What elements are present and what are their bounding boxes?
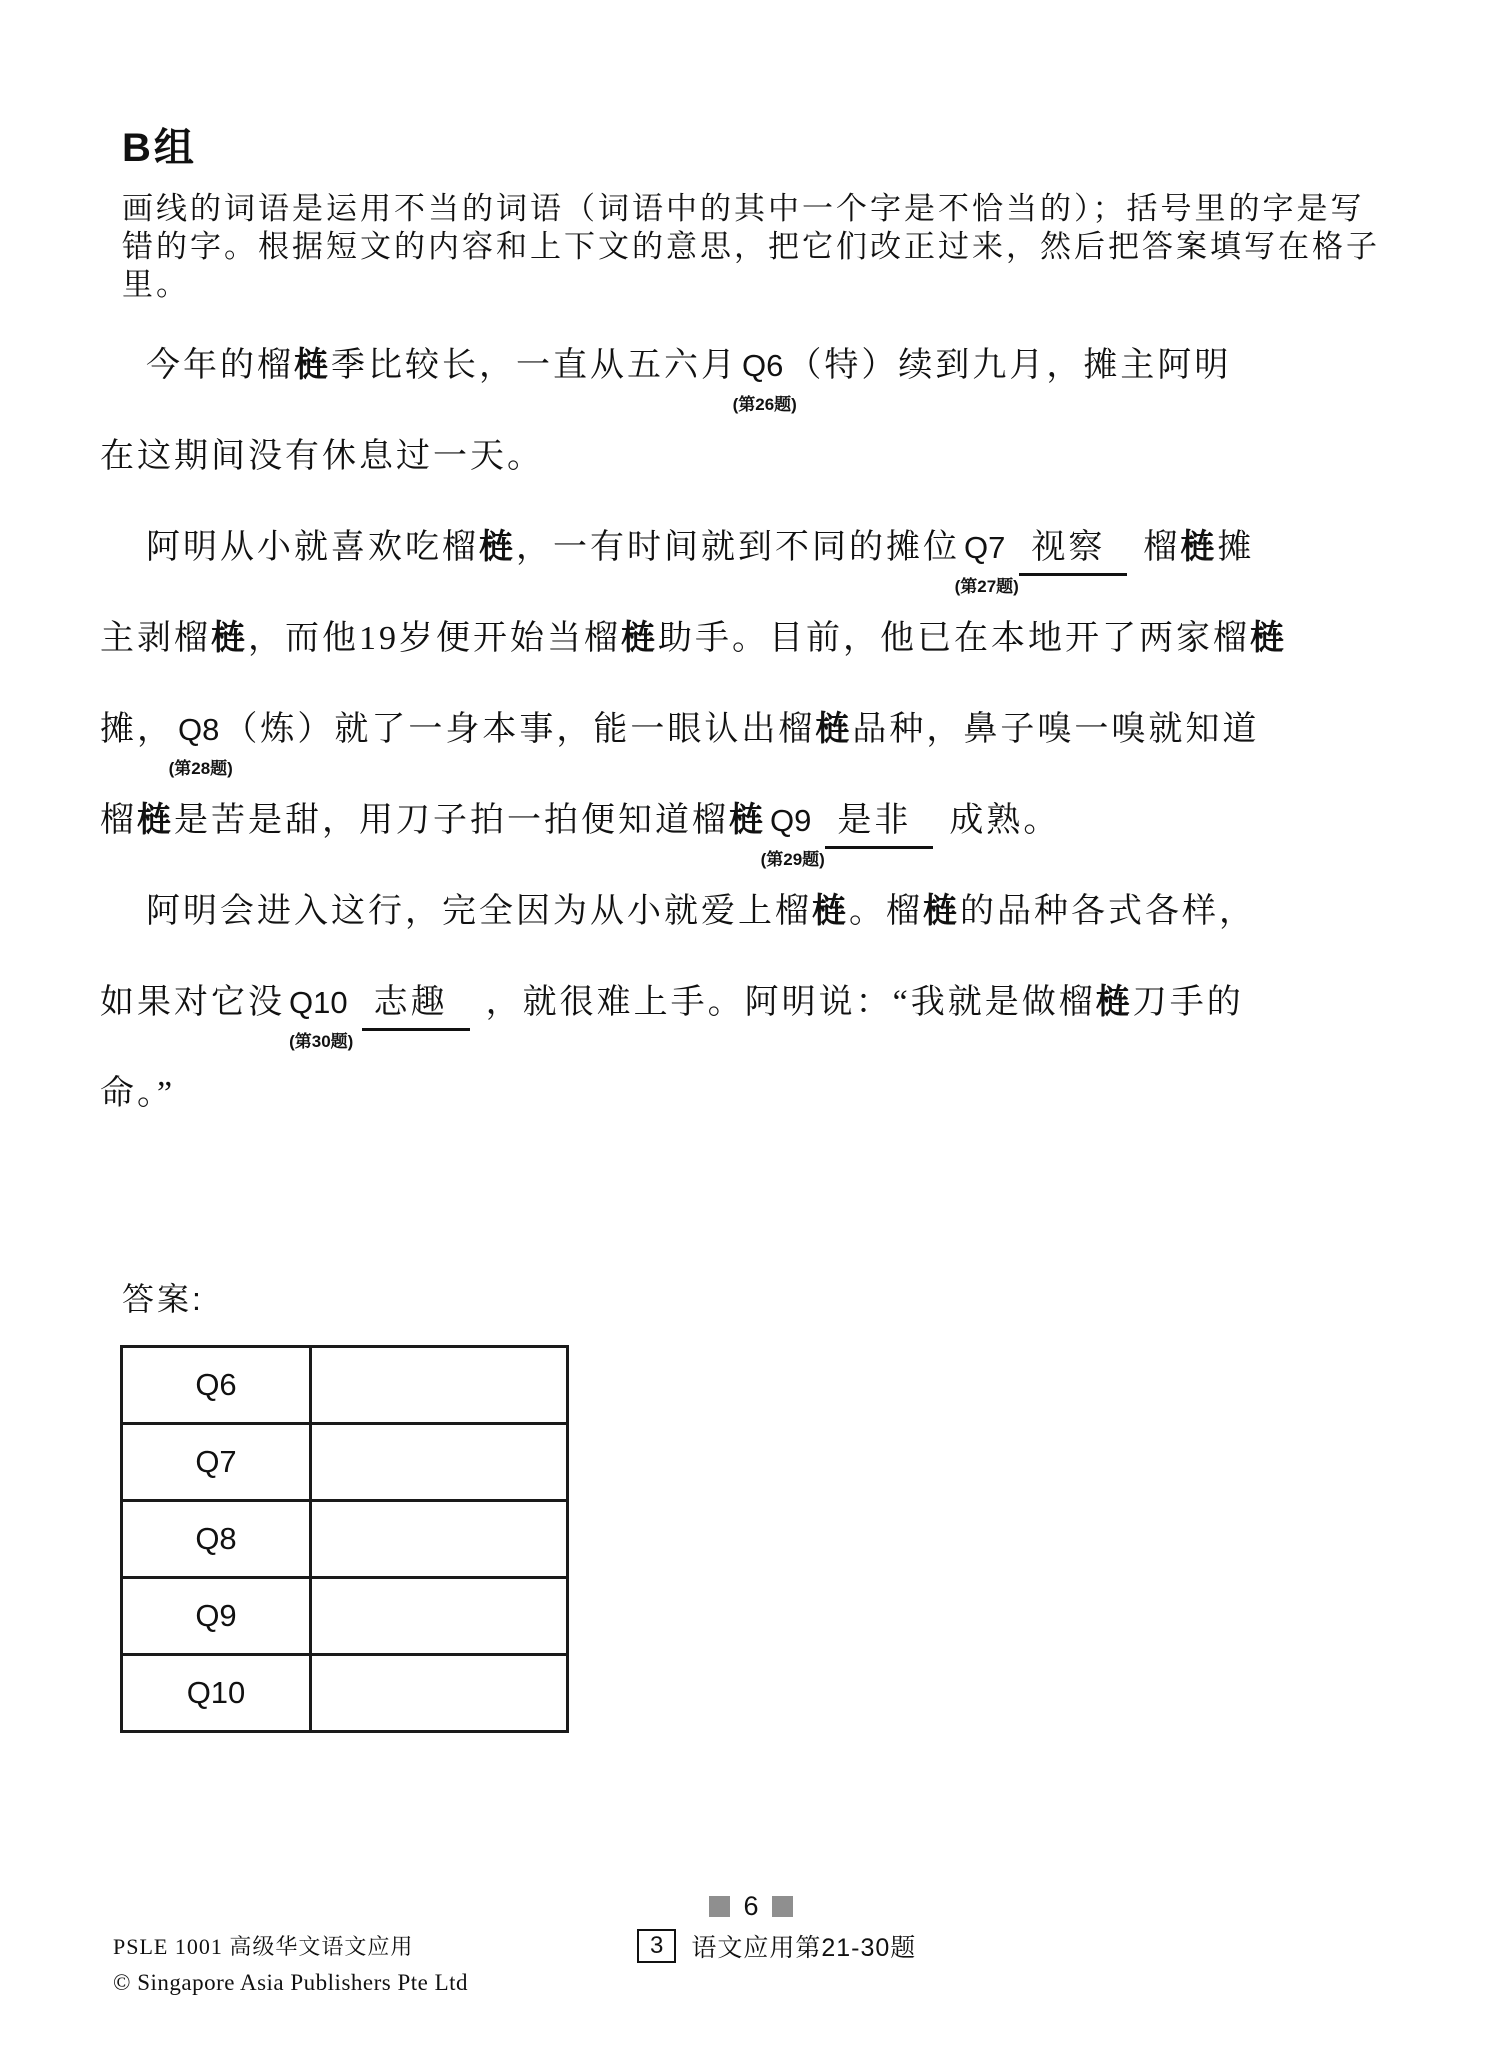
passage-text: ，而他19岁便开始当榴 bbox=[248, 620, 621, 657]
question-marker: Q8(第28题) bbox=[178, 712, 219, 748]
series-title: PSLE 1001 高级华文语文应用 bbox=[113, 1930, 468, 1961]
question-number-note: (第26题) bbox=[733, 390, 797, 415]
answer-blank-cell bbox=[311, 1655, 568, 1732]
answer-row: Q8 bbox=[122, 1501, 568, 1578]
passage-text: 榴 bbox=[100, 802, 137, 839]
instructions: 画线的词语是运用不当的词语（词语中的其中一个字是不恰当的）；括号里的字是写 错的… bbox=[122, 190, 1432, 304]
footer-section-number: 3 bbox=[637, 1929, 676, 1963]
passage-text: （炼）就了一身本事，能一眼认出榴 bbox=[223, 711, 815, 748]
passage-text: 如果对它没 bbox=[100, 984, 285, 1021]
emphasized-char: 梿 bbox=[729, 802, 766, 839]
page-number-square-icon bbox=[709, 1896, 730, 1917]
answer-question-label: Q9 bbox=[122, 1578, 311, 1655]
emphasized-char: 梿 bbox=[621, 620, 658, 657]
instruction-line: 错的字。根据短文的内容和上下文的意思，把它们改正过来，然后把答案填写在格子 bbox=[122, 228, 1432, 266]
passage-text: 成熟。 bbox=[949, 802, 1060, 839]
emphasized-char: 梿 bbox=[923, 893, 960, 930]
emphasized-char: 梿 bbox=[294, 347, 331, 384]
answer-row: Q6 bbox=[122, 1347, 568, 1424]
passage-text: 在这期间没有休息过一天。 bbox=[100, 438, 544, 475]
answer-row: Q10 bbox=[122, 1655, 568, 1732]
passage-line: 摊，Q8(第28题)（炼）就了一身本事，能一眼认出榴梿品种，鼻子嗅一嗅就知道 bbox=[100, 684, 1460, 775]
passage-text: 命。” bbox=[100, 1075, 175, 1112]
footer-section-tag: 3 语文应用第21-30题 bbox=[637, 1928, 916, 1964]
question-number-note: (第28题) bbox=[169, 754, 233, 779]
answer-row: Q7 bbox=[122, 1424, 568, 1501]
passage-line: 主剥榴梿，而他19岁便开始当榴梿助手。目前，他已在本地开了两家榴梿 bbox=[100, 593, 1460, 684]
passage-line: 在这期间没有休息过一天。 bbox=[100, 411, 1460, 502]
passage-text: ，就很难上手。阿明说：“我就是做榴 bbox=[486, 984, 1096, 1021]
answer-blank-cell bbox=[311, 1501, 568, 1578]
question-label: Q9 bbox=[770, 803, 811, 838]
answer-question-label: Q8 bbox=[122, 1501, 311, 1578]
emphasized-char: 梿 bbox=[1180, 529, 1217, 566]
answer-question-label: Q10 bbox=[122, 1655, 311, 1732]
question-marker: Q9(第29题) bbox=[770, 803, 811, 839]
answer-table-body: Q6Q7Q8Q9Q10 bbox=[122, 1347, 568, 1732]
underlined-word: 志趣 bbox=[362, 974, 470, 1031]
page-number: 6 bbox=[743, 1896, 758, 1917]
instruction-line: 画线的词语是运用不当的词语（词语中的其中一个字是不恰当的）；括号里的字是写 bbox=[122, 190, 1432, 228]
emphasized-char: 梿 bbox=[1096, 984, 1133, 1021]
passage-text: 季比较长，一直从五六月 bbox=[331, 347, 738, 384]
answer-table: Q6Q7Q8Q9Q10 bbox=[120, 1345, 569, 1733]
answers-label: 答案: bbox=[122, 1274, 204, 1320]
answer-row: Q9 bbox=[122, 1578, 568, 1655]
answer-question-label: Q7 bbox=[122, 1424, 311, 1501]
question-marker: Q10(第30题) bbox=[289, 985, 348, 1021]
footer-section-range: 语文应用第21-30题 bbox=[691, 1928, 916, 1964]
instruction-line: 里。 bbox=[122, 266, 1432, 304]
passage-text: 是苦是甜，用刀子拍一拍便知道榴 bbox=[174, 802, 729, 839]
exam-page: B组 画线的词语是运用不当的词语（词语中的其中一个字是不恰当的）；括号里的字是写… bbox=[0, 0, 1502, 2051]
page-number-row: 6 bbox=[0, 1896, 1502, 1917]
emphasized-char: 梿 bbox=[1250, 620, 1287, 657]
emphasized-char: 梿 bbox=[815, 711, 852, 748]
passage-text: ，一有时间就到不同的摊位 bbox=[516, 529, 960, 566]
answer-question-label: Q6 bbox=[122, 1347, 311, 1424]
question-number-note: (第27题) bbox=[955, 572, 1019, 597]
passage-text: 阿明会进入这行，完全因为从小就爱上榴 bbox=[146, 893, 812, 930]
emphasized-char: 梿 bbox=[812, 893, 849, 930]
page-number-square-icon bbox=[772, 1896, 793, 1917]
question-marker: Q6(第26题) bbox=[742, 348, 783, 384]
answer-blank-cell bbox=[311, 1578, 568, 1655]
answer-blank-cell bbox=[311, 1424, 568, 1501]
question-label: Q7 bbox=[964, 530, 1005, 565]
question-marker: Q7(第27题) bbox=[964, 530, 1005, 566]
question-number-note: (第30题) bbox=[289, 1027, 353, 1052]
question-label: Q10 bbox=[289, 985, 348, 1020]
passage-text: 助手。目前，他已在本地开了两家榴 bbox=[658, 620, 1250, 657]
emphasized-char: 梿 bbox=[211, 620, 248, 657]
passage-text: 阿明从小就喜欢吃榴 bbox=[146, 529, 479, 566]
passage-line: 如果对它没Q10(第30题)志趣，就很难上手。阿明说：“我就是做榴梿刀手的 bbox=[100, 957, 1460, 1048]
passage-text: （特）续到九月，摊主阿明 bbox=[787, 347, 1231, 384]
section-title: B组 bbox=[122, 116, 197, 173]
passage-text: 榴 bbox=[1143, 529, 1180, 566]
passage-line: 阿明从小就喜欢吃榴梿，一有时间就到不同的摊位Q7(第27题)视察榴梿摊 bbox=[100, 502, 1460, 593]
passage-text: 今年的榴 bbox=[146, 347, 294, 384]
question-number-note: (第29题) bbox=[761, 845, 825, 870]
passage-line: 阿明会进入这行，完全因为从小就爱上榴梿。榴梿的品种各式各样， bbox=[100, 866, 1460, 957]
footer-publisher-block: PSLE 1001 高级华文语文应用 © Singapore Asia Publ… bbox=[113, 1930, 468, 1996]
passage-text: 。榴 bbox=[849, 893, 923, 930]
question-label: Q6 bbox=[742, 348, 783, 383]
emphasized-char: 梿 bbox=[479, 529, 516, 566]
passage-line: 命。” bbox=[100, 1048, 1460, 1139]
passage: 今年的榴梿季比较长，一直从五六月Q6(第26题)（特）续到九月，摊主阿明在这期间… bbox=[100, 320, 1460, 1139]
answer-blank-cell bbox=[311, 1347, 568, 1424]
passage-text: 摊， bbox=[100, 711, 174, 748]
passage-line: 榴梿是苦是甜，用刀子拍一拍便知道榴梿Q9(第29题)是非成熟。 bbox=[100, 775, 1460, 866]
emphasized-char: 梿 bbox=[137, 802, 174, 839]
copyright-line: © Singapore Asia Publishers Pte Ltd bbox=[113, 1970, 468, 1996]
question-label: Q8 bbox=[178, 712, 219, 747]
passage-text: 刀手的 bbox=[1133, 984, 1244, 1021]
passage-text: 的品种各式各样， bbox=[960, 893, 1256, 930]
underlined-word: 视察 bbox=[1019, 519, 1127, 576]
passage-line: 今年的榴梿季比较长，一直从五六月Q6(第26题)（特）续到九月，摊主阿明 bbox=[100, 320, 1460, 411]
passage-text: 主剥榴 bbox=[100, 620, 211, 657]
passage-text: 品种，鼻子嗅一嗅就知道 bbox=[852, 711, 1259, 748]
underlined-word: 是非 bbox=[825, 792, 933, 849]
passage-text: 摊 bbox=[1217, 529, 1254, 566]
